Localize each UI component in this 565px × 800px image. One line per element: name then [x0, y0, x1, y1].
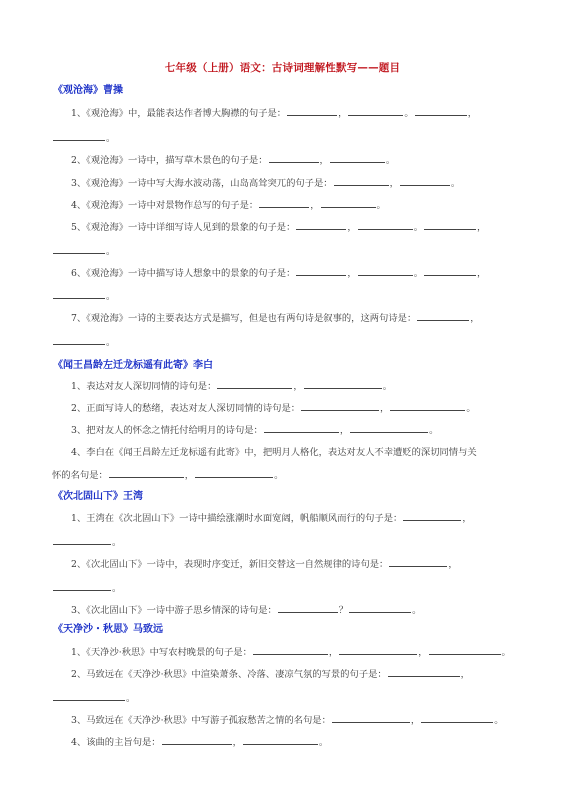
text: 。: [412, 605, 421, 616]
answer-blank[interactable]: [304, 378, 382, 389]
text: ，: [477, 222, 486, 233]
text: ？: [339, 605, 348, 616]
answer-blank[interactable]: [429, 644, 501, 655]
answer-blank[interactable]: [301, 400, 379, 411]
answer-blank[interactable]: [358, 265, 413, 276]
answer-blank[interactable]: [243, 734, 318, 745]
text: 5、《观沧海》一诗中详细写诗人见到的景象的句子是：: [71, 222, 295, 233]
question-1-1: 1、《观沧海》中，最能表达作者博大胸襟的句子是：，。，: [71, 105, 477, 119]
text: 。: [377, 200, 386, 211]
answer-blank[interactable]: [390, 400, 465, 411]
answer-blank[interactable]: [253, 644, 328, 655]
text: ，: [477, 268, 486, 279]
text: 3、《观沧海》一诗中写大海水波动荡，山岛高耸突兀的句子是：: [71, 178, 333, 189]
question-4-3: 3、马致远在《天净沙·秋思》中写游子孤寂愁苦之情的名句是：，。: [71, 712, 504, 726]
text: 6、《观沧海》一诗中描写诗人想象中的景象的句子是：: [71, 268, 295, 279]
question-1-6: 6、《观沧海》一诗中描写诗人想象中的景象的句子是：，。，: [71, 265, 486, 279]
text: ，: [320, 155, 329, 166]
text: ，: [293, 381, 302, 392]
question-1-1-cont: 。: [52, 130, 115, 144]
text: ，: [418, 647, 427, 658]
text: ，: [390, 178, 399, 189]
question-4-2-cont: 。: [52, 690, 135, 704]
answer-blank[interactable]: [109, 467, 184, 478]
answer-blank[interactable]: [53, 243, 105, 254]
text: 。: [466, 403, 475, 414]
answer-blank[interactable]: [53, 288, 105, 299]
answer-blank[interactable]: [259, 197, 309, 208]
answer-blank[interactable]: [217, 378, 292, 389]
question-3-3: 3、《次北固山下》一诗中游子思乡情深的诗句是：？。: [71, 602, 421, 616]
text: ，: [347, 222, 356, 233]
answer-blank[interactable]: [278, 602, 338, 613]
answer-blank[interactable]: [162, 734, 232, 745]
answer-blank[interactable]: [358, 219, 413, 230]
question-1-2: 2、《观沧海》一诗中，描写草木景色的句子是：，。: [71, 152, 395, 166]
question-3-1: 1、王湾在《次北固山下》一诗中描绘涨潮时水面宽阔，帆船顺风而行的句子是：，: [71, 510, 472, 524]
text: 。: [106, 337, 115, 348]
question-1-5: 5、《观沧海》一诗中详细写诗人见到的景象的句子是：，。，: [71, 219, 486, 233]
answer-blank[interactable]: [388, 666, 460, 677]
question-1-7-cont: 。: [52, 334, 115, 348]
answer-blank[interactable]: [421, 712, 493, 723]
answer-blank[interactable]: [264, 422, 339, 433]
text: 4、该曲的主旨句是：: [71, 737, 161, 748]
text: ，: [470, 313, 479, 324]
answer-blank[interactable]: [330, 152, 385, 163]
answer-blank[interactable]: [400, 175, 450, 186]
text: 2、《观沧海》一诗中，描写草木景色的句子是：: [71, 155, 268, 166]
answer-blank[interactable]: [424, 265, 476, 276]
text: ，: [338, 108, 347, 119]
question-2-3: 3、把对友人的怀念之情托付给明月的诗句是：，。: [71, 422, 438, 436]
text: 。: [319, 737, 328, 748]
text: 。: [106, 291, 115, 302]
question-1-4: 4、《观沧海》一诗中对景物作总写的句子是：，。: [71, 197, 386, 211]
answer-blank[interactable]: [53, 534, 111, 545]
section-heading-cibeigushanxia: 《次北固山下》王湾: [53, 487, 143, 502]
answer-blank[interactable]: [53, 130, 105, 141]
answer-blank[interactable]: [53, 690, 125, 701]
text: 1、表达对友人深切同情的诗句是：: [71, 381, 216, 392]
text: 。: [106, 133, 115, 144]
text: ，: [347, 268, 356, 279]
text: ，: [329, 647, 338, 658]
text: 。: [274, 470, 283, 481]
question-4-2: 2、马致远在《天净沙·秋思》中渲染萧条、冷落、凄凉气氛的写景的句子是：，: [71, 666, 470, 680]
text: 3、把对友人的怀念之情托付给明月的诗句是：: [71, 425, 263, 436]
answer-blank[interactable]: [287, 105, 337, 116]
text: 1、王湾在《次北固山下》一诗中描绘涨潮时水面宽阔，帆船顺风而行的句子是：: [71, 513, 402, 524]
text: ，: [340, 425, 349, 436]
text: ，: [468, 108, 477, 119]
text: 7、《观沧海》一诗的主要表达方式是描写，但是也有两句诗是叙事的，这两句诗是：: [71, 313, 416, 324]
text: 。: [106, 246, 115, 257]
question-1-7: 7、《观沧海》一诗的主要表达方式是描写，但是也有两句诗是叙事的，这两句诗是：，: [71, 310, 480, 324]
text: 1、《观沧海》中，最能表达作者博大胸襟的句子是：: [71, 108, 286, 119]
text: ，: [185, 470, 194, 481]
question-2-1: 1、表达对友人深切同情的诗句是：，。: [71, 378, 392, 392]
question-1-3: 3、《观沧海》一诗中写大海水波动荡，山岛高耸突兀的句子是：，。: [71, 175, 460, 189]
question-2-4: 4、李白在《闻王昌龄左迁龙标遥有此寄》中，把明月人格化，表达对友人不幸遭贬的深切…: [71, 444, 477, 458]
text: 。: [404, 108, 413, 119]
section-heading-guancanghai: 《观沧海》曹操: [53, 81, 123, 96]
answer-blank[interactable]: [415, 105, 467, 116]
text: 2、正面写诗人的愁绪，表达对友人深切同情的诗句是：: [71, 403, 300, 414]
text: 3、《次北固山下》一诗中游子思乡情深的诗句是：: [71, 605, 277, 616]
question-2-2: 2、正面写诗人的愁绪，表达对友人深切同情的诗句是：，。: [71, 400, 476, 414]
text: 1、《天净沙·秋思》中写农村晚景的句子是：: [71, 647, 252, 658]
text: 。: [126, 693, 135, 704]
text: 2、马致远在《天净沙·秋思》中渲染萧条、冷落、凄凉气氛的写景的句子是：: [71, 669, 387, 680]
text: 。: [386, 155, 395, 166]
answer-blank[interactable]: [417, 310, 469, 321]
text: 。: [112, 537, 121, 548]
text: ，: [233, 737, 242, 748]
answer-blank[interactable]: [389, 556, 447, 567]
text: 。: [414, 268, 423, 279]
text: ，: [310, 200, 319, 211]
text: 。: [414, 222, 423, 233]
text: 3、马致远在《天净沙·秋思》中写游子孤寂愁苦之情的名句是：: [71, 715, 331, 726]
text: 4、《观沧海》一诗中对景物作总写的句子是：: [71, 200, 258, 211]
section-heading-wenwangchangling: 《闻王昌龄左迁龙标遥有此寄》李白: [53, 356, 213, 371]
text: 。: [502, 647, 511, 658]
answer-blank[interactable]: [424, 219, 476, 230]
question-3-1-cont: 。: [52, 534, 121, 548]
answer-blank[interactable]: [296, 219, 346, 230]
text: 4、李白在《闻王昌龄左迁龙标遥有此寄》中，把明月人格化，表达对友人不幸遭贬的深切…: [71, 447, 477, 458]
answer-blank[interactable]: [269, 152, 319, 163]
text: ，: [462, 513, 471, 524]
text: ，: [448, 559, 457, 570]
answer-blank[interactable]: [348, 105, 403, 116]
answer-blank[interactable]: [53, 334, 105, 345]
answer-blank[interactable]: [339, 644, 417, 655]
answer-blank[interactable]: [53, 580, 111, 591]
answer-blank[interactable]: [403, 510, 461, 521]
question-1-6-cont: 。: [52, 288, 115, 302]
question-4-1: 1、《天净沙·秋思》中写农村晚景的句子是：，，。: [71, 644, 511, 658]
text: 。: [429, 425, 438, 436]
question-2-4-cont: 怀的名句是：，。: [52, 467, 283, 481]
question-3-2: 2、《次北固山下》一诗中，表现时序变迁，新旧交替这一自然规律的诗句是：，: [71, 556, 458, 570]
text: 。: [494, 715, 503, 726]
answer-blank[interactable]: [349, 602, 411, 613]
text: 2、《次北固山下》一诗中，表现时序变迁，新旧交替这一自然规律的诗句是：: [71, 559, 388, 570]
text: ，: [411, 715, 420, 726]
answer-blank[interactable]: [332, 712, 410, 723]
question-3-2-cont: 。: [52, 580, 121, 594]
text: ，: [461, 669, 470, 680]
answer-blank[interactable]: [195, 467, 273, 478]
question-4-4: 4、该曲的主旨句是：，。: [71, 734, 328, 748]
question-1-5-cont: 。: [52, 243, 115, 257]
text: 怀的名句是：: [52, 470, 108, 481]
answer-blank[interactable]: [350, 422, 428, 433]
section-heading-tianjingsha: 《天净沙・秋思》马致远: [53, 620, 163, 635]
text: 。: [112, 583, 121, 594]
text: 。: [383, 381, 392, 392]
answer-blank[interactable]: [321, 197, 376, 208]
answer-blank[interactable]: [334, 175, 389, 186]
page-title: 七年级（上册）语文：古诗词理解性默写——题目: [0, 60, 565, 75]
answer-blank[interactable]: [296, 265, 346, 276]
text: 。: [451, 178, 460, 189]
text: ，: [380, 403, 389, 414]
